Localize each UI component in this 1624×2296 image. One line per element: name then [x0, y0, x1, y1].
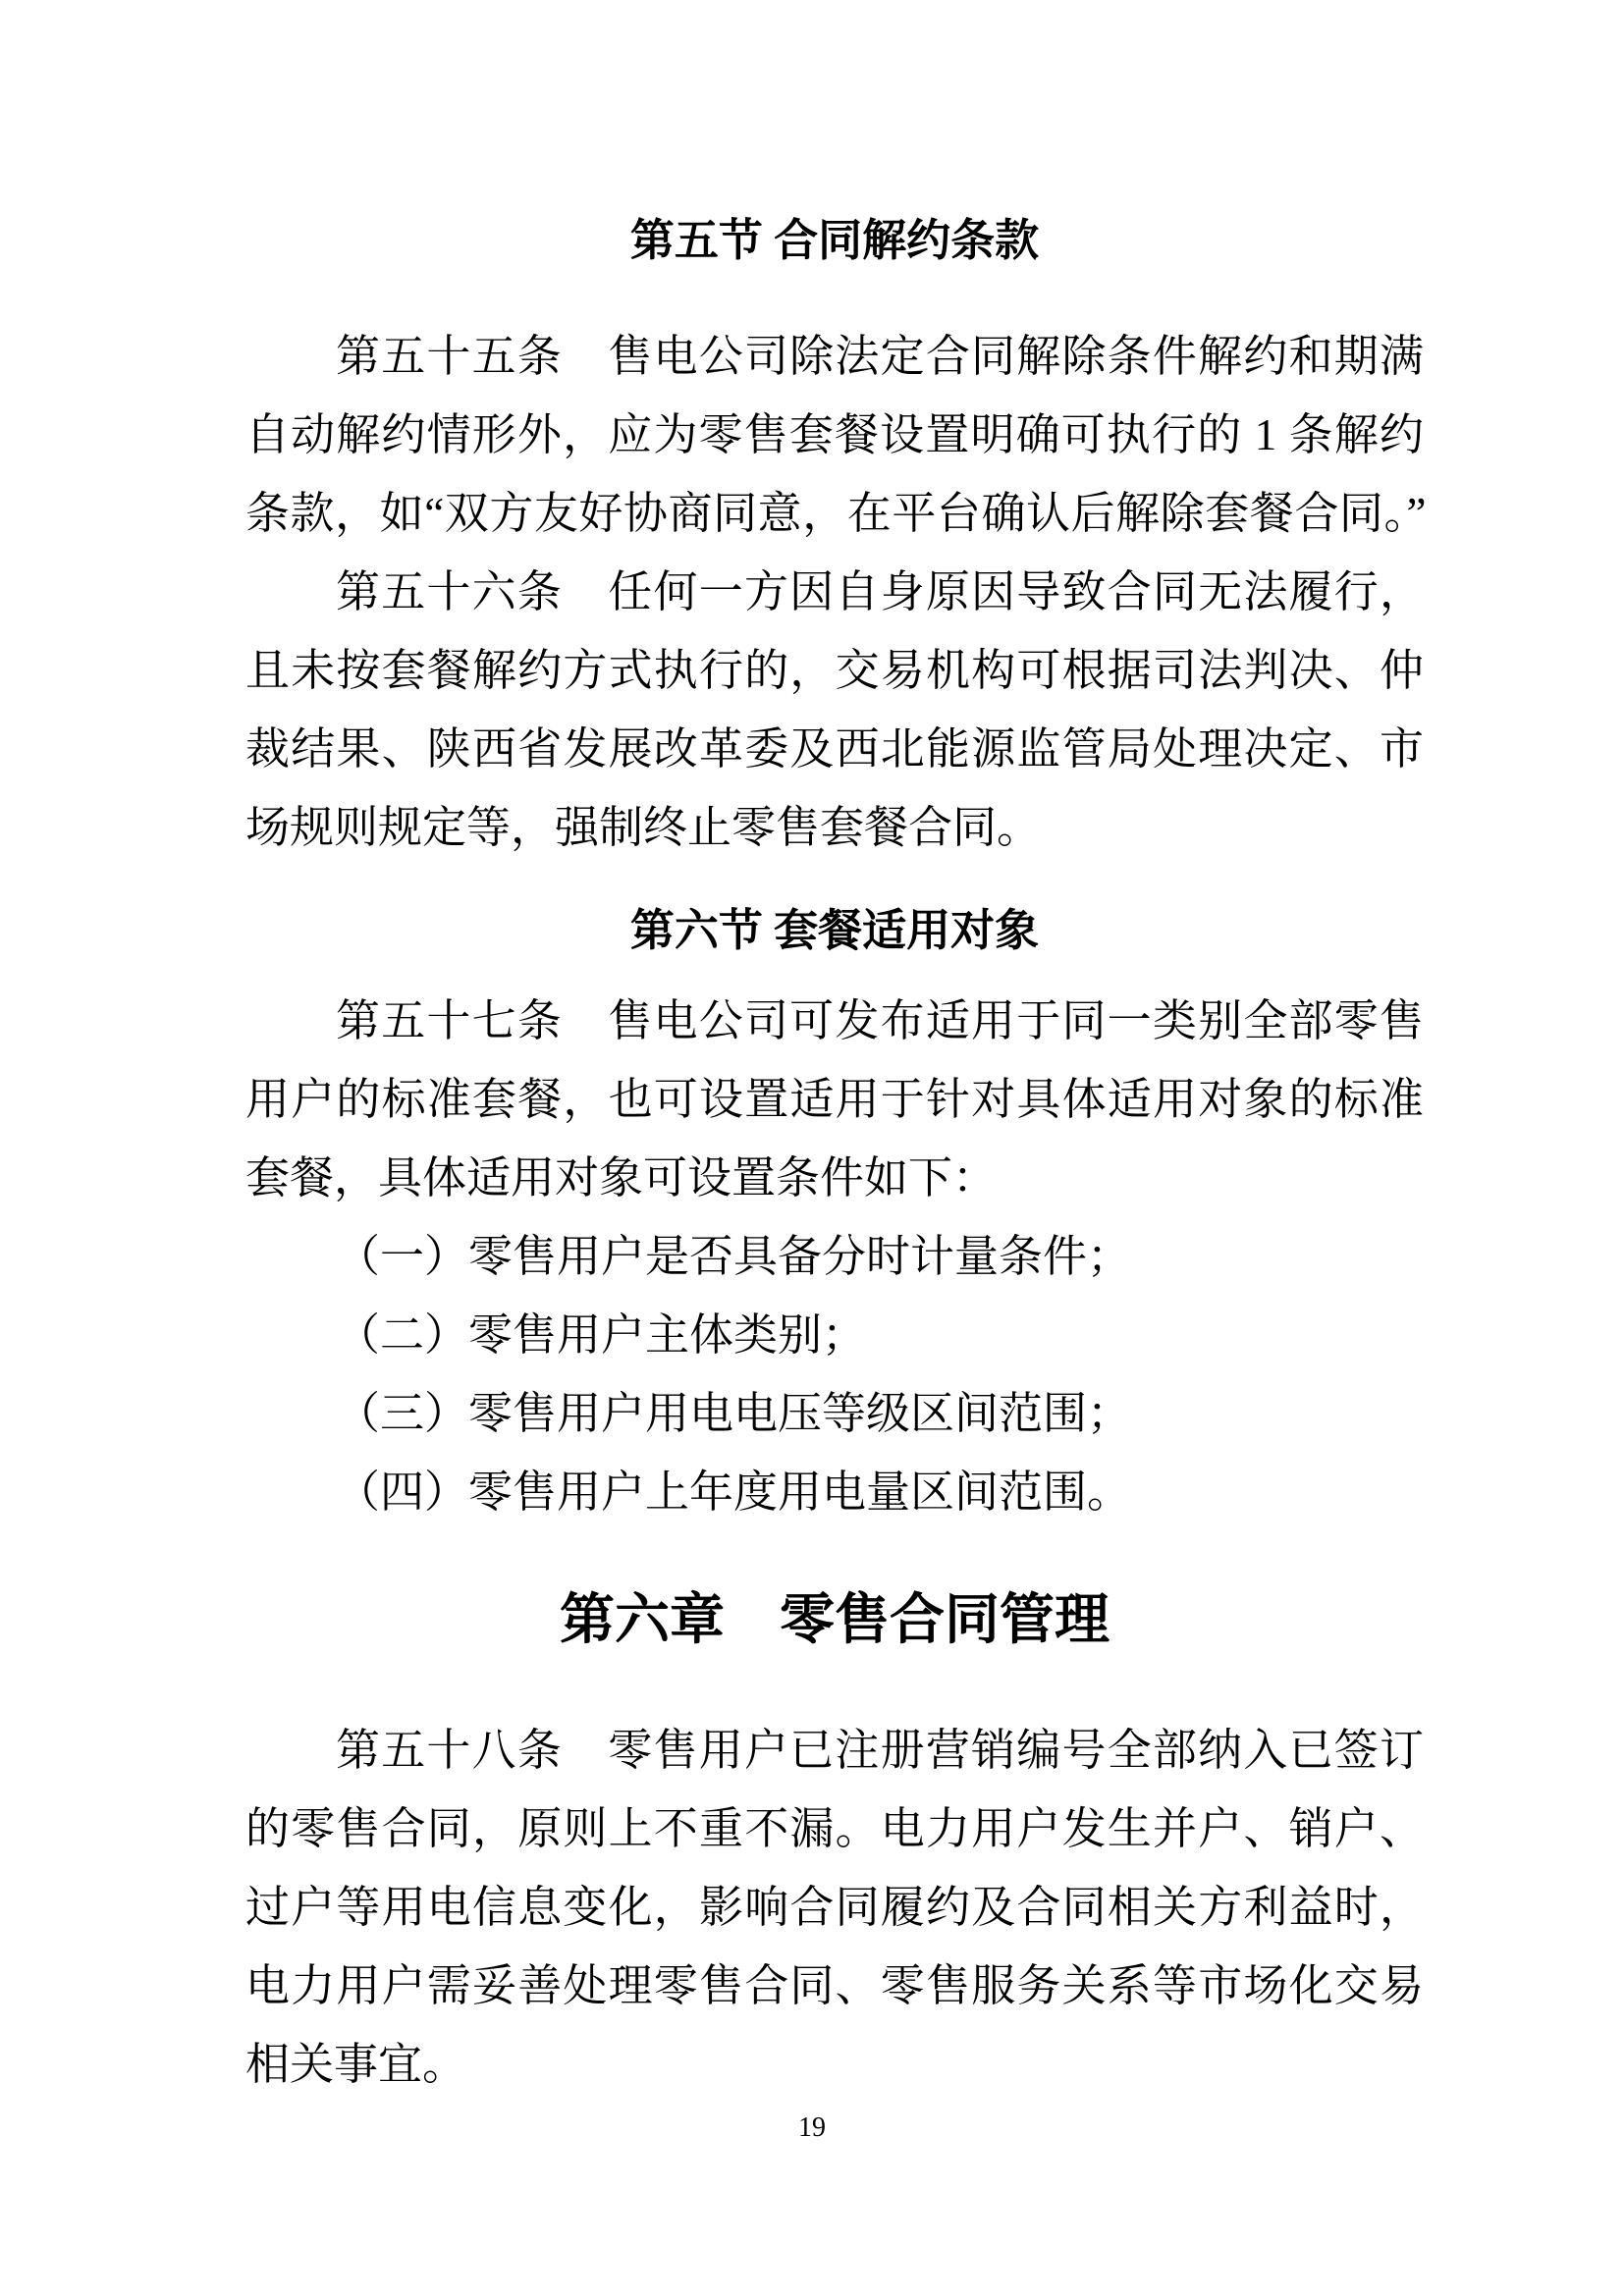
article-57-paragraph: 第五十七条 售电公司可发布适用于同一类别全部零售 用户的标准套餐，也可设置适用于…: [245, 982, 1424, 1217]
page-number: 19: [0, 2109, 1624, 2148]
section-6-heading: 第六节 套餐适用对象: [245, 891, 1424, 970]
article-58-paragraph: 第五十八条 零售用户已注册营销编号全部纳入已签订 的零售合同，原则上不重不漏。电…: [245, 1711, 1424, 2104]
list-item: （一）零售用户是否具备分时计量条件；: [245, 1217, 1424, 1296]
chapter-6-heading: 第六章 零售合同管理: [245, 1576, 1424, 1665]
article-55-line: 第五十五条 售电公司除法定合同解除条件解约和期满: [245, 317, 1424, 396]
article-56-paragraph: 第五十六条 任何一方因自身原因导致合同无法履行， 且未按套餐解约方式执行的，交易…: [245, 553, 1424, 867]
article-57-line: 第五十七条 售电公司可发布适用于同一类别全部零售: [245, 982, 1424, 1060]
article-58-line: 的零售合同，原则上不重不漏。电力用户发生并户、销户、: [245, 1789, 1424, 1868]
article-55-line: 自动解约情形外，应为零售套餐设置明确可执行的 1 条解约: [245, 396, 1424, 474]
article-56-line: 场规则规定等，强制终止零售套餐合同。: [245, 788, 1424, 867]
article-55-paragraph: 第五十五条 售电公司除法定合同解除条件解约和期满 自动解约情形外，应为零售套餐设…: [245, 317, 1424, 553]
list-item: （四）零售用户上年度用电量区间范围。: [245, 1453, 1424, 1531]
section-5-heading: 第五节 合同解约条款: [245, 201, 1424, 280]
article-58-line: 相关事宜。: [245, 2025, 1424, 2104]
article-57-line: 用户的标准套餐，也可设置适用于针对具体适用对象的标准: [245, 1060, 1424, 1139]
article-58-line: 过户等用电信息变化，影响合同履约及合同相关方利益时，: [245, 1868, 1424, 1947]
article-57-line: 套餐，具体适用对象可设置条件如下：: [245, 1139, 1424, 1217]
list-item: （三）零售用户用电电压等级区间范围；: [245, 1374, 1424, 1453]
article-58-line: 第五十八条 零售用户已注册营销编号全部纳入已签订: [245, 1711, 1424, 1789]
article-56-line: 第五十六条 任何一方因自身原因导致合同无法履行，: [245, 553, 1424, 631]
article-55-line: 条款，如“双方友好协商同意，在平台确认后解除套餐合同。”: [245, 474, 1424, 553]
article-56-line: 且未按套餐解约方式执行的，交易机构可根据司法判决、仲: [245, 631, 1424, 710]
document-page: 第五节 合同解约条款 第五十五条 售电公司除法定合同解除条件解约和期满 自动解约…: [245, 0, 1424, 2148]
applicability-list: （一）零售用户是否具备分时计量条件； （二）零售用户主体类别； （三）零售用户用…: [245, 1217, 1424, 1531]
list-item: （二）零售用户主体类别；: [245, 1296, 1424, 1374]
article-56-line: 裁结果、陕西省发展改革委及西北能源监管局处理决定、市: [245, 710, 1424, 788]
article-58-line: 电力用户需妥善处理零售合同、零售服务关系等市场化交易: [245, 1947, 1424, 2025]
